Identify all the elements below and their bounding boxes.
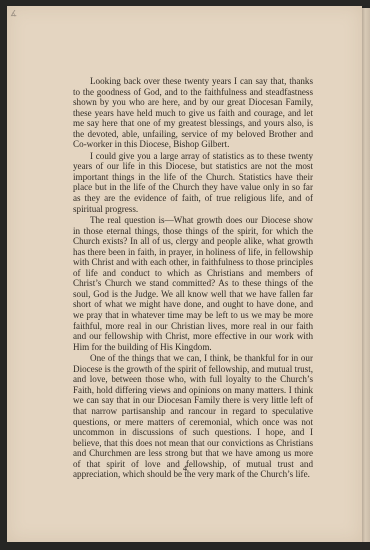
page-corner-mark: ∡ [10,9,18,18]
paragraph-3: The real question is—What growth does ou… [73,215,313,352]
page-number: 4 [0,463,370,473]
book-spine-edge [362,8,370,542]
paragraph-1: Looking back over these twenty years I c… [73,76,313,150]
paragraph-2: I could give you a large array of statis… [73,151,313,214]
paragraph-4: One of the things that we can, I think, … [73,353,313,480]
body-text: Looking back over these twenty years I c… [73,76,313,481]
